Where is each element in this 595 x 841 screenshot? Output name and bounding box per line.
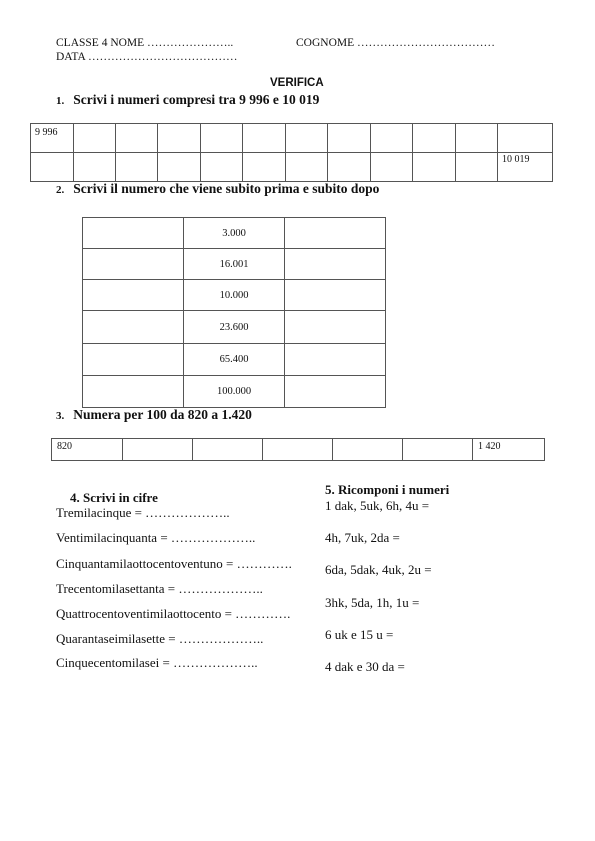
exercise-2-row: 10.000 bbox=[83, 280, 386, 311]
exercise-3-number: 3. bbox=[56, 410, 64, 422]
page-title: VERIFICA bbox=[270, 77, 324, 89]
cell-text bbox=[116, 124, 157, 127]
exercise-1-answer-cell[interactable] bbox=[158, 124, 201, 153]
exercise-1-answer-cell[interactable] bbox=[74, 124, 116, 153]
exercise-4-item[interactable]: Quarantaseimilasette = ……………….. bbox=[56, 631, 263, 647]
exercise-1-answer-cell[interactable] bbox=[328, 153, 371, 182]
cell-text bbox=[243, 124, 285, 127]
cell-text bbox=[31, 153, 73, 156]
cell-text bbox=[413, 124, 455, 127]
cell-text: 9 996 bbox=[31, 124, 73, 138]
after-answer-cell[interactable] bbox=[285, 218, 386, 249]
given-number-cell: 16.001 bbox=[184, 249, 285, 280]
exercise-3-answer-cell[interactable] bbox=[333, 439, 403, 461]
exercise-5-item[interactable]: 6 uk e 15 u = bbox=[325, 627, 393, 643]
before-answer-cell[interactable] bbox=[83, 218, 184, 249]
before-answer-cell[interactable] bbox=[83, 280, 184, 311]
exercise-1-answer-cell[interactable] bbox=[371, 153, 413, 182]
cell-text bbox=[286, 153, 327, 156]
exercise-5-item[interactable]: 1 dak, 5uk, 6h, 4u = bbox=[325, 498, 429, 514]
cell-text bbox=[403, 439, 472, 441]
before-answer-cell[interactable] bbox=[83, 376, 184, 408]
header-cognome: COGNOME ……………………………… bbox=[296, 37, 495, 49]
cell-text bbox=[328, 124, 370, 127]
cell-text bbox=[193, 439, 262, 441]
cell-text bbox=[456, 153, 497, 156]
exercise-3-given-cell: 820 bbox=[52, 439, 123, 461]
after-answer-cell[interactable] bbox=[285, 376, 386, 408]
exercise-5-item[interactable]: 6da, 5dak, 4uk, 2u = bbox=[325, 562, 432, 578]
given-number-cell: 23.600 bbox=[184, 311, 285, 344]
exercise-1-answer-cell[interactable] bbox=[201, 124, 243, 153]
after-answer-cell[interactable] bbox=[285, 344, 386, 376]
before-answer-cell[interactable] bbox=[83, 344, 184, 376]
cell-text bbox=[158, 153, 200, 156]
after-answer-cell[interactable] bbox=[285, 280, 386, 311]
exercise-1-table: 9 99610 019 bbox=[30, 123, 553, 182]
cell-text: 10 019 bbox=[498, 153, 552, 165]
exercise-2-heading: 2.Scrivi il numero che viene subito prim… bbox=[56, 181, 379, 197]
cell-text bbox=[158, 124, 200, 127]
exercise-3-heading: 3.Numera per 100 da 820 a 1.420 bbox=[56, 407, 252, 423]
cell-text bbox=[243, 153, 285, 156]
exercise-1-answer-cell[interactable] bbox=[456, 153, 498, 182]
cell-text bbox=[201, 124, 242, 127]
cell-text bbox=[123, 439, 192, 441]
given-number-cell: 100.000 bbox=[184, 376, 285, 408]
cell-text bbox=[74, 124, 115, 127]
cell-text: 1 420 bbox=[473, 439, 544, 452]
exercise-2-row: 65.400 bbox=[83, 344, 386, 376]
cell-text bbox=[328, 153, 370, 156]
exercise-1-answer-cell[interactable] bbox=[116, 124, 158, 153]
exercise-1-row: 9 996 bbox=[31, 124, 553, 153]
exercise-2-row: 23.600 bbox=[83, 311, 386, 344]
cell-text bbox=[286, 124, 327, 127]
exercise-1-row: 10 019 bbox=[31, 153, 553, 182]
exercise-3-answer-cell[interactable] bbox=[263, 439, 333, 461]
exercise-1-answer-cell[interactable] bbox=[286, 124, 328, 153]
exercise-1-answer-cell[interactable] bbox=[498, 124, 553, 153]
given-number-cell: 65.400 bbox=[184, 344, 285, 376]
exercise-1-heading: 1.Scrivi i numeri compresi tra 9 996 e 1… bbox=[56, 92, 319, 108]
cell-text bbox=[498, 124, 552, 127]
cell-text bbox=[456, 124, 497, 127]
exercise-1-answer-cell[interactable] bbox=[328, 124, 371, 153]
given-number-cell: 3.000 bbox=[184, 218, 285, 249]
exercise-2-table: 3.00016.00110.00023.60065.400100.000 bbox=[82, 217, 386, 408]
cell-text bbox=[371, 124, 412, 127]
exercise-2-number: 2. bbox=[56, 184, 64, 196]
exercise-2-row: 3.000 bbox=[83, 218, 386, 249]
exercise-2-title: Scrivi il numero che viene subito prima … bbox=[73, 181, 379, 196]
exercise-5-item[interactable]: 3hk, 5da, 1h, 1u = bbox=[325, 595, 419, 611]
header-data: DATA ………………………………… bbox=[56, 51, 237, 63]
exercise-4-item[interactable]: Tremilacinque = ……………….. bbox=[56, 505, 230, 521]
after-answer-cell[interactable] bbox=[285, 311, 386, 344]
exercise-1-given-cell: 10 019 bbox=[498, 153, 553, 182]
exercise-5-item[interactable]: 4 dak e 30 da = bbox=[325, 659, 405, 675]
before-answer-cell[interactable] bbox=[83, 249, 184, 280]
exercise-1-answer-cell[interactable] bbox=[413, 153, 456, 182]
cell-text bbox=[413, 153, 455, 156]
exercise-1-answer-cell[interactable] bbox=[158, 153, 201, 182]
exercise-1-given-cell: 9 996 bbox=[31, 124, 74, 153]
exercise-1-number: 1. bbox=[56, 95, 64, 107]
exercise-3-answer-cell[interactable] bbox=[123, 439, 193, 461]
exercise-4-item[interactable]: Trecentomilasettanta = ……………….. bbox=[56, 581, 263, 597]
exercise-5-heading: 5. Ricomponi i numeri bbox=[325, 482, 449, 498]
exercise-4-item[interactable]: Cinquecentomilasei = ……………….. bbox=[56, 655, 258, 671]
cell-text: 820 bbox=[52, 439, 122, 452]
exercise-3-table: 8201 420 bbox=[51, 438, 545, 461]
cell-text bbox=[201, 153, 242, 156]
exercise-1-answer-cell[interactable] bbox=[201, 153, 243, 182]
exercise-1-answer-cell[interactable] bbox=[74, 153, 116, 182]
exercise-1-answer-cell[interactable] bbox=[243, 124, 286, 153]
cell-text bbox=[263, 439, 332, 441]
after-answer-cell[interactable] bbox=[285, 249, 386, 280]
exercise-1-answer-cell[interactable] bbox=[286, 153, 328, 182]
exercise-1-answer-cell[interactable] bbox=[116, 153, 158, 182]
exercise-4-item[interactable]: Ventimilacinquanta = ……………….. bbox=[56, 530, 255, 546]
exercise-1-answer-cell[interactable] bbox=[456, 124, 498, 153]
cell-text bbox=[74, 153, 115, 156]
before-answer-cell[interactable] bbox=[83, 311, 184, 344]
exercise-3-answer-cell[interactable] bbox=[403, 439, 473, 461]
cell-text bbox=[116, 153, 157, 156]
exercise-4-item[interactable]: Quattrocentoventimilaottocento = …………. bbox=[56, 606, 290, 622]
exercise-2-row: 16.001 bbox=[83, 249, 386, 280]
exercise-4-item[interactable]: Cinquantamilaottocentoventuno = …………. bbox=[56, 556, 292, 572]
exercise-3-given-cell: 1 420 bbox=[473, 439, 545, 461]
exercise-3-row: 8201 420 bbox=[52, 439, 545, 461]
cell-text bbox=[333, 439, 402, 441]
exercise-5-item[interactable]: 4h, 7uk, 2da = bbox=[325, 530, 400, 546]
exercise-2-row: 100.000 bbox=[83, 376, 386, 408]
given-number-cell: 10.000 bbox=[184, 280, 285, 311]
cell-text bbox=[371, 153, 412, 156]
exercise-3-title: Numera per 100 da 820 a 1.420 bbox=[73, 407, 252, 422]
exercise-1-answer-cell[interactable] bbox=[413, 124, 456, 153]
exercise-1-answer-cell[interactable] bbox=[371, 124, 413, 153]
exercise-4-heading: 4. Scrivi in cifre bbox=[70, 490, 158, 506]
exercise-1-answer-cell[interactable] bbox=[31, 153, 74, 182]
exercise-1-title: Scrivi i numeri compresi tra 9 996 e 10 … bbox=[73, 92, 319, 107]
exercise-3-answer-cell[interactable] bbox=[193, 439, 263, 461]
header-classe-nome: CLASSE 4 NOME ………………….. bbox=[56, 37, 233, 49]
exercise-1-answer-cell[interactable] bbox=[243, 153, 286, 182]
